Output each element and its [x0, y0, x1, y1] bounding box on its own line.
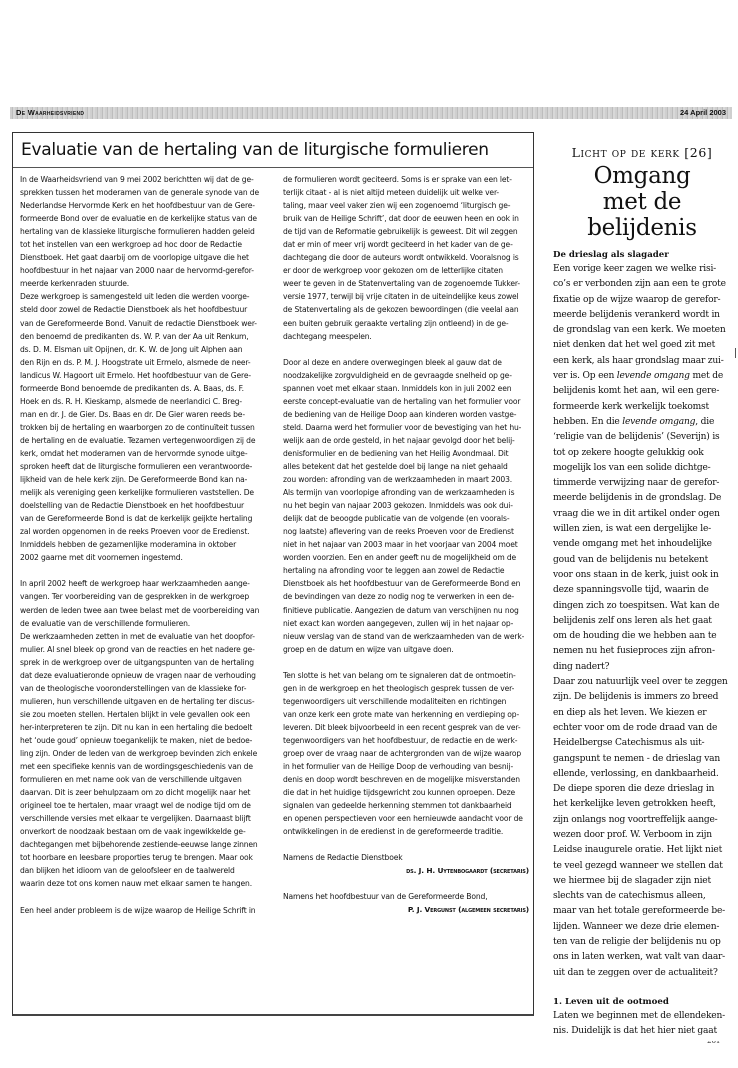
text-line: zou worden: afronding van de werkzaamhed… [283, 473, 529, 486]
text-line: daarvan. Dit is zeer behulpzaam om zo di… [20, 786, 270, 799]
text-line: versie 1977, terwijl bij vrije citaten i… [283, 290, 529, 303]
text-line: timmerde verwijzing naar de gerefor- [553, 476, 731, 491]
text-line: met een specifieke kennis van de wording… [20, 760, 270, 773]
text-line: belijdenis zelf ons leren als het gaat [553, 614, 731, 629]
text-line: werden de leden twee aan twee belast met… [20, 604, 270, 617]
text-line: dingen zich zo toespitsen. Wat kan de [553, 599, 731, 614]
text-line: 2002 gaarne met dit voornemen ingestemd. [20, 551, 270, 564]
headline-line-2: met de belijdenis [553, 189, 731, 241]
text-line: belijdenis komt het aan, wil een gere- [553, 384, 731, 399]
text-line: In april 2002 heeft de werkgroep haar we… [20, 577, 270, 590]
text-line: melijk als vereniging geen kerkelijke fo… [20, 486, 270, 499]
text-line: signalen van gedeelde herkenning stemmen… [283, 799, 529, 812]
text-line: nog laatste) aflevering van de reeks Pro… [283, 525, 529, 538]
text-line: een kerk, als haar grondslag maar zui- [553, 354, 731, 369]
series-kicker: Licht op de kerk [26] [553, 145, 731, 161]
text-line: er door de werkgroep voor gekozen om de … [283, 264, 529, 277]
text-line: dachtegangen met bijbehorende zestiende-… [20, 838, 270, 851]
text-line: de Statenvertaling als de gekozen bewoor… [283, 303, 529, 316]
article-title: Evaluatie van de hertaling van de liturg… [21, 140, 489, 160]
text-line: we hiermee bij de slagader zijn niet [553, 874, 731, 889]
text-line: hoofdbestuur in het najaar van 2000 naar… [20, 264, 270, 277]
text-line: en diep als het leven. We kiezen er [553, 706, 731, 721]
text-line: delijk dat de beoogde publicatie van de … [283, 512, 529, 525]
text-line: Ten slotte is het van belang om te signa… [283, 669, 529, 682]
text-line: tegenwoordigers van het hoofdbestuur, de… [283, 734, 529, 747]
text-line: van de theologische vooronderstellingen … [20, 682, 270, 695]
text-line: sprek in de werkgroep over de uitgangspu… [20, 656, 270, 669]
emphasis: levende omgang [622, 417, 695, 427]
text-line: origineel toe te hertalen, maar vraagt w… [20, 799, 270, 812]
running-header: De Waarheidsvriend 24 April 2003 [10, 107, 732, 119]
text-line: ontwikkelingen in de eredienst in de ger… [283, 825, 529, 838]
text-line: een buiten gebruik geraakte vertaling zi… [283, 317, 529, 330]
text-line: vangen. Ter voorbereiding van de gesprek… [20, 590, 270, 603]
text-line: sproken heeft dat de liturgische formuli… [20, 460, 270, 473]
text-line: Inmiddels hebben de gezamenlijke moderam… [20, 538, 270, 551]
text-line: ellende, verlossing, en dankbaarheid. [553, 767, 731, 782]
text-line: uit dan te zeggen over de actualiteit? [553, 966, 731, 981]
paragraph-gap [20, 564, 270, 577]
text-line: gangspunt te nemen - de drieslag van [553, 752, 731, 767]
text-line: hebben. En die levende omgang, die [553, 415, 731, 430]
text-line: de grondslag van een kerk. We moeten [553, 323, 731, 338]
text-line: mulier. Al snel bleek op grond van de re… [20, 643, 270, 656]
text-line: In de Waarheidsvriend van 9 mei 2002 ber… [20, 173, 270, 186]
text-line: die dat in het huidige tijdsgewricht zou… [283, 786, 529, 799]
text-line: nieuw verslag van de stand van de werkza… [283, 630, 529, 643]
text-line: lijkheid van de hele kerk zijn. De Geref… [20, 473, 270, 486]
signature-2-name: P. J. Vergunst (algemeen secretaris) [283, 903, 529, 916]
paragraph-gap [283, 656, 529, 669]
text-line: dachtegang die door de auteurs wordt ont… [283, 251, 529, 264]
text-line: co’s er verbonden zijn aan een te grote [553, 277, 731, 292]
text-line: de formulieren wordt geciteerd. Soms is … [283, 173, 529, 186]
text-line: niet exact kan worden aangegeven, zullen… [283, 617, 529, 630]
text-line: zal worden opgenomen in de reeks Proeven… [20, 525, 270, 538]
text-line: tot het instellen van een werkgroep ad h… [20, 238, 270, 251]
text-line: niet in het najaar van 2003 maar in het … [283, 538, 529, 551]
text-line: nis. Duidelijk is dat het hier niet gaat [553, 1024, 731, 1039]
text-line: Dienstboek als het hoofdbestuur van de G… [283, 577, 529, 590]
column-article: Licht op de kerk [26] Omgang met de beli… [553, 138, 731, 1040]
text-line: Dienstboek. Het gaat daarbij om de voorl… [20, 251, 270, 264]
text-line: dat deze evaluatieronde opnieuw de vrage… [20, 669, 270, 682]
text-line: ten van de religie der belijdenis nu op [553, 935, 731, 950]
text-line: goud van de belijdenis nu betekent [553, 553, 731, 568]
text-line: maar van het totale gereformeerde be- [553, 904, 731, 919]
text-line: formeerde Bond benoemde de predikanten d… [20, 382, 270, 395]
text-line: leveren. Dit bleek bijvoorbeeld in een r… [283, 721, 529, 734]
text-line: meerde belijdenis verankerd wordt in [553, 308, 731, 323]
text-line: nemen nu het fusieproces zijn afron- [553, 644, 731, 659]
text-line: en openen perspectieven voor een hernieu… [283, 812, 529, 825]
text-line: Nederlandse Hervormde Kerk en het hoofdb… [20, 199, 270, 212]
text-line: van onze kerk een grote mate van herkenn… [283, 708, 529, 721]
text-line: spannen voet met elkaar staan. Inmiddels… [283, 382, 529, 395]
emphasis: levende omgang [617, 371, 690, 381]
headline-line-1: Omgang [553, 163, 731, 189]
text-line: de evaluatie van de verschillende formul… [20, 617, 270, 630]
headline: Omgang met de belijdenis [553, 163, 731, 241]
text-line: welijk aan de orde gesteld, in het najaa… [283, 434, 529, 447]
text-line: van de Gereformeerde Bond is dat de kerk… [20, 512, 270, 525]
text-line: dat er min of meer vrij wordt geciteerd … [283, 238, 529, 251]
text-line: noodzakelijke zorgvuldigheid en de gevra… [283, 369, 529, 382]
text-line: Daar zou natuurlijk veel over te zeggen [553, 675, 731, 690]
text-line: groep over de vraag naar de achtergronde… [283, 747, 529, 760]
text-line: onverkort de noodzaak bestaan om de vaak… [20, 825, 270, 838]
text-line: taling, maar veel vaker zien wij een zog… [283, 199, 529, 212]
text-line: ds. D. M. Elsman uit Opijnen, dr. K. W. … [20, 343, 270, 356]
text-line: terlijk citaat - al is niet altijd metee… [283, 186, 529, 199]
text-line: ver is. Op een levende omgang met de [553, 369, 731, 384]
text-line: van de Gereformeerde Bond. Vanuit de red… [20, 317, 270, 330]
text-line: bruik van de Heilige Schrift’, dat door … [283, 212, 529, 225]
text-line: tot op zekere hoogte gelukkig ook [553, 446, 731, 461]
text-line: denis en doop wordt beschreven en de mog… [283, 773, 529, 786]
text-line: ons in laten werken, wat valt van daar- [553, 950, 731, 965]
text-line: lijden. Wanneer we deze drie elemen- [553, 920, 731, 935]
text-line: niet denken dat het wel goed zit met [553, 338, 731, 353]
text-line: fixatie op de wijze waarop de gerefor- [553, 293, 731, 308]
text-line: landicus W. Hagoort uit Ermelo. Het hoof… [20, 369, 270, 382]
signature-2-on-behalf: Namens het hoofdbestuur van de Gereforme… [283, 890, 529, 903]
text-line: vraag die we in dit artikel onder ogen [553, 507, 731, 522]
text-line: echter voor om de rode draad van de [553, 721, 731, 736]
text-line: tegenwoordigers uit verschillende modali… [283, 695, 529, 708]
article-column-middle: de formulieren wordt geciteerd. Soms is … [283, 173, 529, 916]
text-line: meerde kerkenraden stuurde. [20, 277, 270, 290]
text-line: worden voorzien. Een en ander geeft nu d… [283, 551, 529, 564]
text-line: dan blijken het idioom van de geloofslee… [20, 864, 270, 877]
text-line: Een vorige keer zagen we welke risi- [553, 262, 731, 277]
text-line: het kerkelijke leven getrokken heeft, [553, 797, 731, 812]
publication-name: De Waarheidsvriend [16, 107, 84, 119]
text-line: De werkzaamheden zetten in met de evalua… [20, 630, 270, 643]
text-line: dachtegang meespelen. [283, 330, 529, 343]
text-line: waarin deze tot ons komen nauw met elkaa… [20, 877, 270, 890]
signature-1-on-behalf: Namens de Redactie Dienstboek [283, 851, 529, 864]
subheading-drieslag: De drieslag als slagader [553, 249, 731, 262]
text-line: ling zijn. Onder de leden van de werkgro… [20, 747, 270, 760]
text-line: te veel gezegd wanneer we stellen dat [553, 859, 731, 874]
title-divider [13, 167, 533, 168]
section-2-body: Laten we beginnen met de ellendeken-nis.… [553, 1009, 731, 1040]
text-line: slechts van de catechismus alleen, [553, 889, 731, 904]
text-line: trokken bij de hertaling en waarborgen z… [20, 421, 270, 434]
signature-1-name: ds. J. H. Uytenbogaardt (secretaris) [283, 864, 529, 877]
text-line: Een heel ander probleem is de wijze waar… [20, 904, 270, 917]
text-line: man en dr. J. de Gier. Ds. Baas en dr. D… [20, 408, 270, 421]
text-line: de tijd van de Reformatie gebruikelijk i… [283, 225, 529, 238]
text-line: Laten we beginnen met de ellendeken- [553, 1009, 731, 1024]
boxed-article: Evaluatie van de hertaling van de liturg… [12, 132, 534, 1016]
text-line: finitieve publicatie. Aangezien de datum… [283, 604, 529, 617]
text-line: Als termijn van voorlopige afronding van… [283, 486, 529, 499]
article-column-left: In de Waarheidsvriend van 9 mei 2002 ber… [20, 173, 270, 917]
text-line: ding nadert? [553, 660, 731, 675]
text-line: kerk, omdat het moderamen van de hervorm… [20, 447, 270, 460]
text-line: Hoek en ds. R. H. Kieskamp, alsmede de n… [20, 395, 270, 408]
text-line: meerde belijdenis in de grondslag. De [553, 491, 731, 506]
text-line: wezen door prof. W. Verboom in zijn [553, 828, 731, 843]
text-line: verschillende versies met elkaar te verg… [20, 812, 270, 825]
text-line: willen zien, is wat een dergelijke le- [553, 522, 731, 537]
text-line: Door al deze en andere overwegingen blee… [283, 356, 529, 369]
text-line: zijn. De belijdenis is immers zo breed [553, 690, 731, 705]
text-line: mogelijk los van een solide dichtge- [553, 461, 731, 476]
text-line: deze spanningsvolle tijd, waarin de [553, 583, 731, 598]
text-line: gen in de werkgroep en het theologisch g… [283, 682, 529, 695]
issue-date: 24 April 2003 [680, 107, 726, 119]
text-line: De diepe sporen die deze drieslag in [553, 782, 731, 797]
text-line: eerste concept-evaluatie van de hertalin… [283, 395, 529, 408]
text-line: voor ons staan in de kerk, juist ook in [553, 568, 731, 583]
text-line: steld door zowel de Redactie Dienstboek … [20, 303, 270, 316]
text-line: de bevindingen van deze zo nodig nog te … [283, 590, 529, 603]
text-line: ‘religie van de belijdenis’ (Severijn) i… [553, 430, 731, 445]
text-line: Deze werkgroep is samengesteld uit leden… [20, 290, 270, 303]
text-line: den Rijn en ds. P. M. J. Hoogstrate uit … [20, 356, 270, 369]
text-line: de bediening van de Heilige Doop aan kin… [283, 408, 529, 421]
text-line: zijn onlangs nog voortreffelijk aange- [553, 813, 731, 828]
text-line: nu het begin van najaar 2003 gekozen. In… [283, 499, 529, 512]
text-line: denisformulier en de bediening van het H… [283, 447, 529, 460]
text-line: doelstelling van de Redactie Dienstboek … [20, 499, 270, 512]
text-line: in het formulier van de Heilige Doop de … [283, 760, 529, 773]
subheading-ootmoed: 1. Leven uit de ootmoed [553, 996, 731, 1009]
section-1-body: Een vorige keer zagen we welke risi-co’s… [553, 262, 731, 981]
text-line: sie zou moeten stellen. Hertalen blijkt … [20, 708, 270, 721]
text-line: om de houding die we hebben aan te [553, 629, 731, 644]
text-line: her-interpreteren te zijn. Dit nu kan in… [20, 721, 270, 734]
text-line: sprekken tussen het moderamen van de gen… [20, 186, 270, 199]
paragraph-gap [283, 343, 529, 356]
text-line: tot hoorbare en leesbare proporties teru… [20, 851, 270, 864]
text-line: weer te geven in de Statenvertaling van … [283, 277, 529, 290]
text-line: groep en de datum en wijze van uitgave d… [283, 643, 529, 656]
text-line: mulieren, hun verschillende uitgaven en … [20, 695, 270, 708]
text-line: steld. Daarna werd het formulier voor de… [283, 421, 529, 434]
text-line: het ‘oude goud’ opnieuw toegankelijk te … [20, 734, 270, 747]
text-line: formeerde Bond over de evaluatie en de k… [20, 212, 270, 225]
text-line: Heidelbergse Catechismus als uit- [553, 736, 731, 751]
margin-mark [735, 348, 736, 358]
text-line: Leidse inaugurele oratie. Het lijkt niet [553, 843, 731, 858]
text-line: hertaling van de klassieke liturgische f… [20, 225, 270, 238]
text-line: den benoemd de predikanten ds. W. P. van… [20, 330, 270, 343]
text-line: alles betekent dat het gestelde doel bij… [283, 460, 529, 473]
text-line: hertaling na afronding voor te leggen aa… [283, 564, 529, 577]
middle-column-text: de formulieren wordt geciteerd. Soms is … [283, 173, 529, 838]
text-line: formeerde kerk werkelijk toekomst [553, 400, 731, 415]
paragraph-gap [20, 891, 270, 904]
text-line: formulieren en met name ook van de versc… [20, 773, 270, 786]
text-line: vende omgang met het inhoudelijke [553, 537, 731, 552]
text-line: de hertaling en de evaluatie. Tezamen ve… [20, 434, 270, 447]
